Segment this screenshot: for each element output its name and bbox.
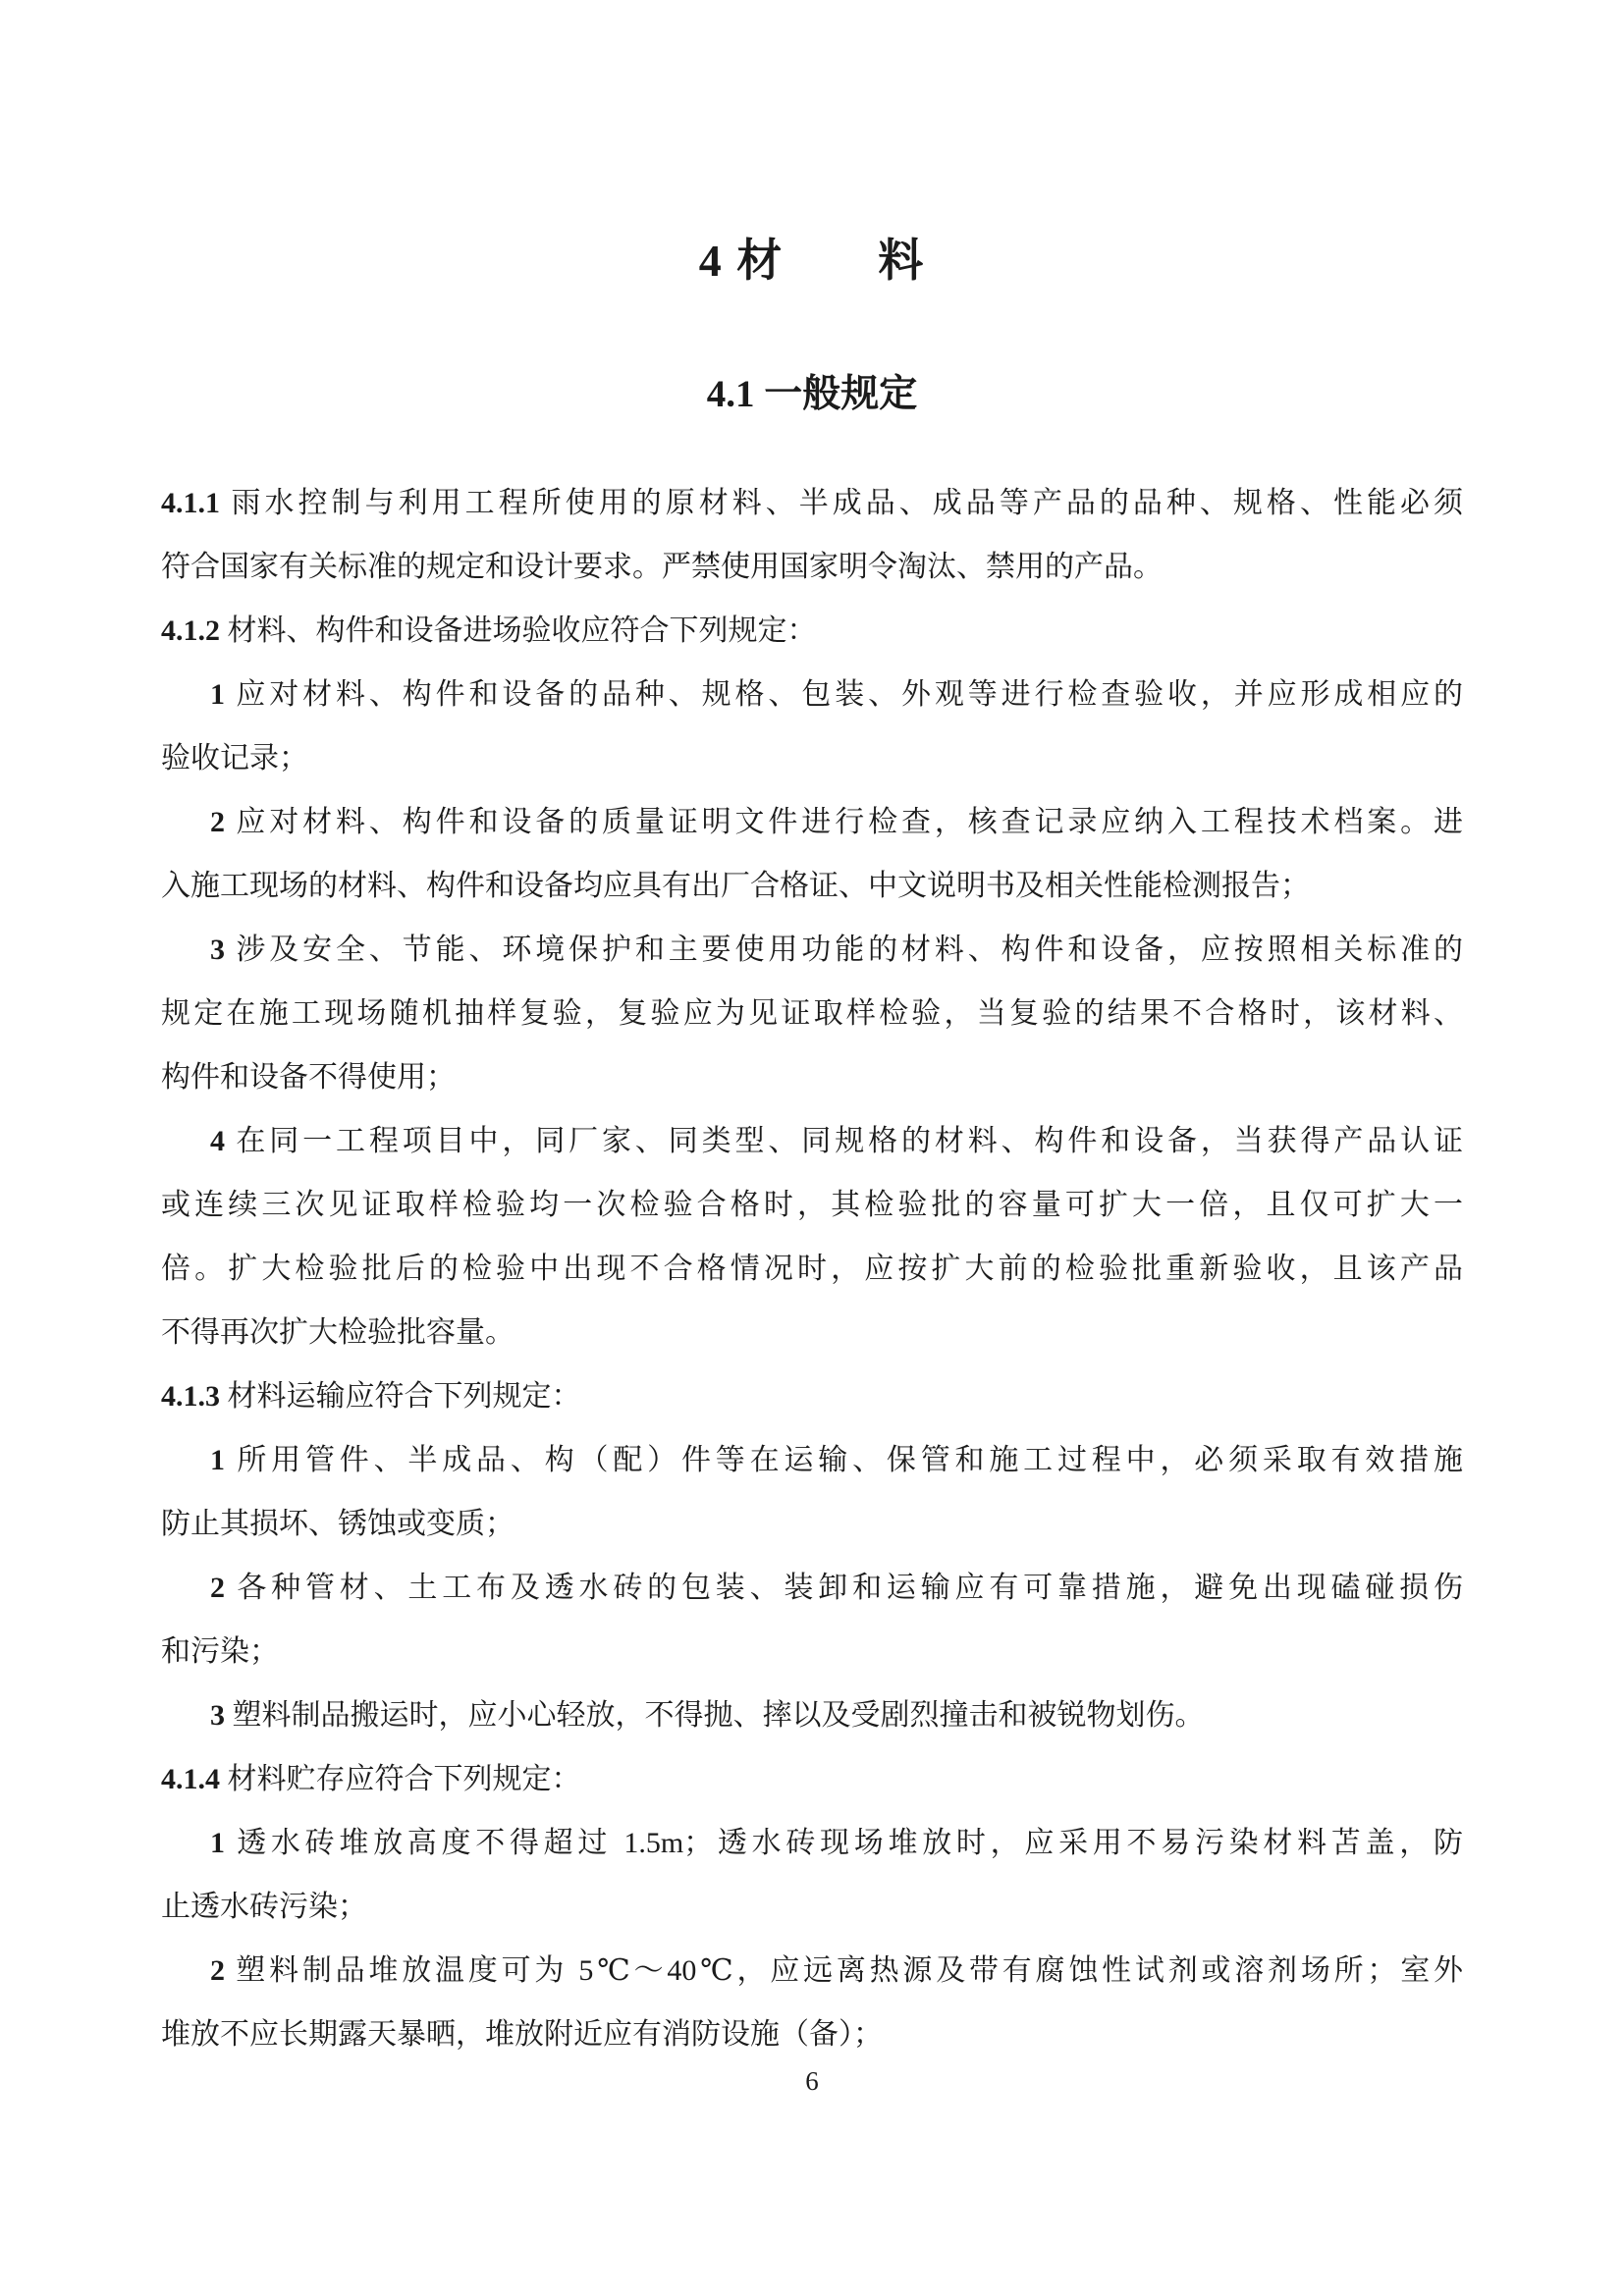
line-text: 构件和设备不得使用； [161,1061,456,1094]
body-line: 4.1.4 材料贮存应符合下列规定： [161,1747,1463,1811]
body-line: 1 所用管件、半成品、构（配）件等在运输、保管和施工过程中，必须采取有效措施 [161,1428,1463,1492]
line-text: 所用管件、半成品、构（配）件等在运输、保管和施工过程中，必须采取有效措施 [225,1444,1463,1476]
line-text: 塑料制品搬运时，应小心轻放，不得抛、摔以及受剧烈撞击和被锐物划伤。 [225,1699,1205,1732]
line-text: 各种管材、土工布及透水砖的包装、装卸和运输应有可靠措施，避免出现磕碰损伤 [225,1572,1463,1604]
line-text: 透水砖堆放高度不得超过 1.5m；透水砖现场堆放时，应采用不易污染材料苫盖，防 [225,1827,1463,1859]
item-number: 2 [210,1572,225,1604]
body-line: 1 应对材料、构件和设备的品种、规格、包装、外观等进行检查验收，并应形成相应的 [161,663,1463,726]
body-line: 2 各种管材、土工布及透水砖的包装、装卸和运输应有可靠措施，避免出现磕碰损伤 [161,1556,1463,1620]
item-number: 2 [210,1954,225,1987]
page-number: 6 [0,2064,1624,2098]
line-text: 材料运输应符合下列规定： [220,1380,581,1413]
clause-number: 4.1.2 [161,614,220,647]
body-line: 1 透水砖堆放高度不得超过 1.5m；透水砖现场堆放时，应采用不易污染材料苫盖，… [161,1811,1463,1875]
item-number: 3 [210,934,225,966]
line-text: 规定在施工现场随机抽样复验，复验应为见证取样检验，当复验的结果不合格时，该材料、 [161,997,1463,1030]
line-text: 应对材料、构件和设备的质量证明文件进行检查，核查记录应纳入工程技术档案。进 [225,806,1463,838]
line-text: 不得再次扩大检验批容量。 [161,1316,514,1349]
body-line: 3 塑料制品搬运时，应小心轻放，不得抛、摔以及受剧烈撞击和被锐物划伤。 [161,1683,1463,1747]
body-line: 验收记录； [161,726,1463,790]
item-number: 1 [210,678,225,711]
body-line: 规定在施工现场随机抽样复验，复验应为见证取样检验，当复验的结果不合格时，该材料、 [161,982,1463,1045]
line-text: 雨水控制与利用工程所使用的原材料、半成品、成品等产品的品种、规格、性能必须 [220,487,1463,519]
item-number: 1 [210,1444,225,1476]
line-text: 应对材料、构件和设备的品种、规格、包装、外观等进行检查验收，并应形成相应的 [225,678,1463,711]
body-line: 或连续三次见证取样检验均一次检验合格时，其检验批的容量可扩大一倍，且仅可扩大一 [161,1173,1463,1237]
body-line: 4 在同一工程项目中，同厂家、同类型、同规格的材料、构件和设备，当获得产品认证 [161,1109,1463,1173]
body-line: 2 应对材料、构件和设备的质量证明文件进行检查，核查记录应纳入工程技术档案。进 [161,790,1463,854]
body-line: 4.1.3 材料运输应符合下列规定： [161,1364,1463,1428]
line-text: 和污染； [161,1635,279,1668]
body-line: 构件和设备不得使用； [161,1045,1463,1109]
clause-number: 4.1.3 [161,1380,220,1413]
item-number: 2 [210,806,225,838]
line-text: 堆放不应长期露天暴晒，堆放附近应有消防设施（备）； [161,2018,883,2051]
item-number: 3 [210,1699,225,1732]
body-line: 入施工现场的材料、构件和设备均应具有出厂合格证、中文说明书及相关性能检测报告； [161,854,1463,918]
body-line: 止透水砖污染； [161,1875,1463,1939]
line-text: 在同一工程项目中，同厂家、同类型、同规格的材料、构件和设备，当获得产品认证 [225,1125,1463,1157]
line-text: 塑料制品堆放温度可为 5℃～40℃，应远离热源及带有腐蚀性试剂或溶剂场所；室外 [225,1954,1463,1987]
body-line: 符合国家有关标准的规定和设计要求。严禁使用国家明令淘汰、禁用的产品。 [161,535,1463,599]
line-text: 材料贮存应符合下列规定： [220,1763,581,1795]
line-text: 倍。扩大检验批后的检验中出现不合格情况时，应按扩大前的检验批重新验收，且该产品 [161,1253,1463,1285]
body-line: 防止其损坏、锈蚀或变质； [161,1492,1463,1556]
item-number: 1 [210,1827,225,1859]
clause-number: 4.1.4 [161,1763,220,1795]
item-number: 4 [210,1125,225,1157]
line-text: 验收记录； [161,742,308,774]
body-line: 3 涉及安全、节能、环境保护和主要使用功能的材料、构件和设备，应按照相关标准的 [161,918,1463,982]
body-line: 4.1.2 材料、构件和设备进场验收应符合下列规定： [161,599,1463,663]
body-line: 倍。扩大检验批后的检验中出现不合格情况时，应按扩大前的检验批重新验收，且该产品 [161,1237,1463,1301]
body-line: 4.1.1 雨水控制与利用工程所使用的原材料、半成品、成品等产品的品种、规格、性… [161,471,1463,535]
body-line: 不得再次扩大检验批容量。 [161,1301,1463,1364]
line-text: 涉及安全、节能、环境保护和主要使用功能的材料、构件和设备，应按照相关标准的 [225,934,1463,966]
document-page: 4 材 料 4.1 一般规定 4.1.1 雨水控制与利用工程所使用的原材料、半成… [0,0,1624,2296]
line-text: 止透水砖污染； [161,1891,367,1923]
body-line: 2 塑料制品堆放温度可为 5℃～40℃，应远离热源及带有腐蚀性试剂或溶剂场所；室… [161,1939,1463,2002]
line-text: 防止其损坏、锈蚀或变质； [161,1508,514,1540]
document-body: 4.1.1 雨水控制与利用工程所使用的原材料、半成品、成品等产品的品种、规格、性… [161,471,1463,2066]
section-title: 4.1 一般规定 [0,371,1624,418]
body-line: 和污染； [161,1620,1463,1683]
body-line: 堆放不应长期露天暴晒，堆放附近应有消防设施（备）； [161,2002,1463,2066]
line-text: 或连续三次见证取样检验均一次检验合格时，其检验批的容量可扩大一倍，且仅可扩大一 [161,1189,1463,1221]
clause-number: 4.1.1 [161,487,220,519]
line-text: 入施工现场的材料、构件和设备均应具有出厂合格证、中文说明书及相关性能检测报告； [161,870,1310,902]
line-text: 符合国家有关标准的规定和设计要求。严禁使用国家明令淘汰、禁用的产品。 [161,551,1163,583]
line-text: 材料、构件和设备进场验收应符合下列规定： [220,614,817,647]
chapter-title: 4 材 料 [0,234,1624,289]
